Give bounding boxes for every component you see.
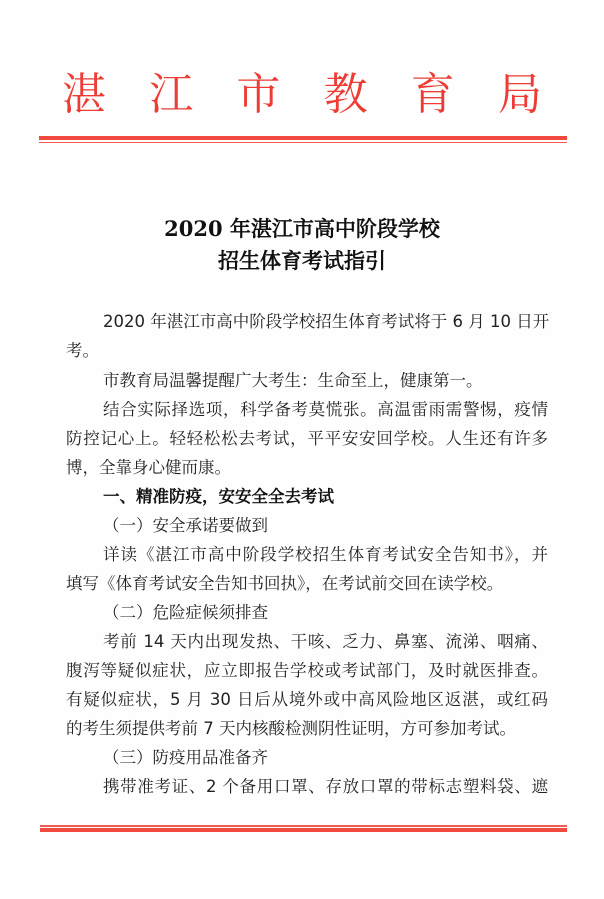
subsection-3-line-1: 携带准考证、2 个备用口罩、存放口罩的带标志塑料袋、遮 <box>103 776 548 798</box>
paragraph-3-line-3: 博，全靠身心健而康。 <box>66 457 548 479</box>
subsection-1-line-1: 详读《湛江市高中阶段学校招生体育考试安全告知书》，并 <box>103 544 548 566</box>
paragraph-2-line-1: 市教育局温馨提醒广大考生：生命至上，健康第一。 <box>103 370 548 392</box>
paragraph-3-line-1: 结合实际择选项，科学备考莫慌张。高温雷雨需警惕，疫情 <box>103 399 548 421</box>
subsection-1-line-2: 填写《体育考试安全告知书回执》，在考试前交回在读学校。 <box>66 573 548 595</box>
paragraph-1-line-1: 2020 年湛江市高中阶段学校招生体育考试将于 6 月 10 日开 <box>103 311 548 333</box>
rule-thin-line <box>39 142 567 144</box>
document-title-line-2: 招生体育考试指引 <box>0 247 604 275</box>
subsection-2-line-2: 腹泻等疑似症状，应立即报告学校或考试部门，及时就医排查。 <box>66 660 548 682</box>
section-1-heading: 一、精准防疫，安安全全去考试 <box>103 486 548 508</box>
subsection-2-heading: （二）危险症候须排查 <box>103 602 548 624</box>
letterhead-char: 湛 <box>62 66 106 124</box>
subsection-3-heading: （三）防疫用品准备齐 <box>103 747 548 769</box>
rule-thick-line <box>40 828 567 832</box>
subsection-2-line-4: 的考生须提供考前 7 天内核酸检测阴性证明，方可参加考试。 <box>66 718 548 740</box>
footer-red-rule <box>40 825 567 832</box>
subsection-2-line-3: 有疑似症状，5 月 30 日后从境外或中高风险地区返湛，或红码 <box>66 689 548 711</box>
letterhead-char: 育 <box>411 66 455 124</box>
subsection-1-heading: （一）安全承诺要做到 <box>103 515 548 537</box>
letterhead-char: 教 <box>324 66 368 124</box>
letterhead-organization-name: 湛 江 市 教 育 局 <box>62 66 542 124</box>
letterhead-red-rule <box>39 136 567 143</box>
subsection-2-line-1: 考前 14 天内出现发热、干咳、乏力、鼻塞、流涕、咽痛、 <box>103 631 548 653</box>
paragraph-3-line-2: 防控记心上。轻轻松松去考试，平平安安回学校。人生还有许多 <box>66 428 548 450</box>
letterhead-char: 江 <box>149 66 193 124</box>
letterhead-char: 市 <box>236 66 280 124</box>
paragraph-1-line-2: 考。 <box>66 340 548 362</box>
document-title-line-1: 2020 年湛江市高中阶段学校 <box>0 215 604 243</box>
letterhead-char: 局 <box>498 66 542 124</box>
document-page: 湛 江 市 教 育 局 2020 年湛江市高中阶段学校 招生体育考试指引 202… <box>0 0 604 899</box>
